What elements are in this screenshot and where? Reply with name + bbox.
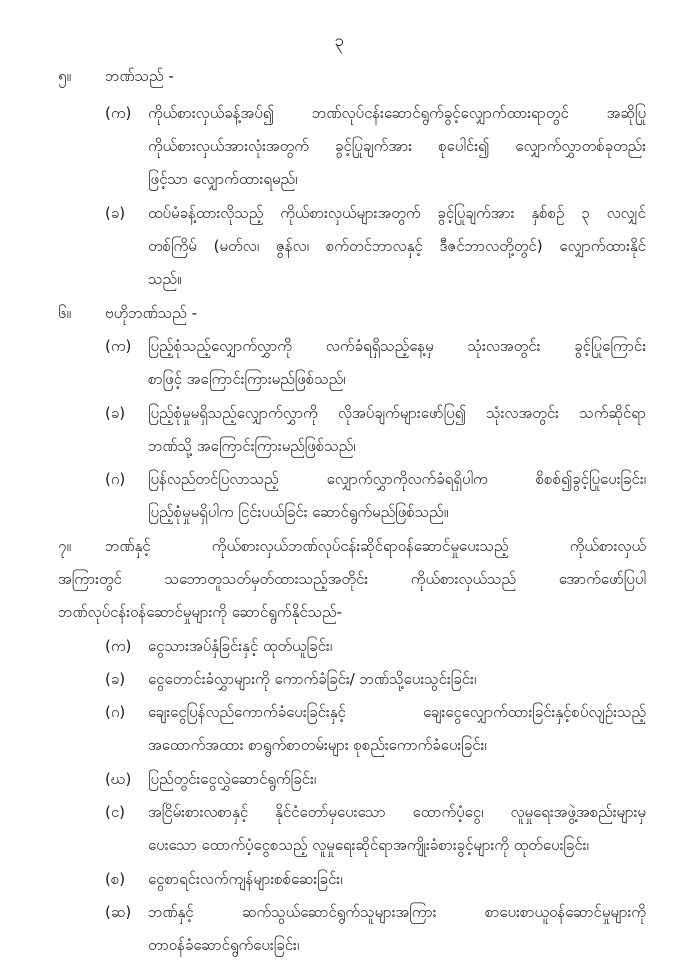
section-6-number: ၆။	[58, 303, 71, 323]
section-5-item-kha-label: (ခ)	[105, 203, 125, 223]
section-7-item-gha-label: (ဃ)	[105, 769, 131, 789]
section-5-item-ka-line-3: ဖြင့်သာ လျှောက်ထားရမည်၊	[148, 169, 646, 189]
section-7-item-hsa-line-2: တာဝန်ခံဆောင်ရွက်ပေးခြင်း၊	[148, 935, 646, 955]
section-6-item-ga-label: (ဂ)	[105, 469, 125, 489]
section-7-item-gha-line-1: ပြည်တွင်းငွေလွှဲဆောင်ရွက်ခြင်း၊	[148, 769, 646, 789]
section-7-item-sa-line-1: ငွေစာရင်းလက်ကျန်များစစ်ဆေးခြင်း၊	[148, 869, 646, 889]
section-7-item-nga-line-1: အငြိမ်းစားလစာနှင့် နိုင်ငံတော်မှပေးသော ထ…	[148, 802, 646, 822]
section-5-item-kha-line-1: ထပ်မံခန့်ထားလိုသည့် ကိုယ်စားလှယ်များအတွက…	[148, 203, 646, 223]
section-7-intro-line-2: အကြားတွင် သဘောတူသတ်မှတ်ထားသည့်အတိုင်း ကိ…	[58, 569, 646, 589]
section-7-item-ka-label: (က)	[105, 636, 131, 656]
section-5-item-kha-line-2: တစ်ကြိမ် (မတ်လ၊ ဇွန်လ၊ စက်တင်ဘာလနှင့် ဒီ…	[148, 236, 646, 256]
section-7-item-ga-label: (ဂ)	[105, 702, 125, 722]
section-6-item-ka-line-1: ပြည့်စုံသည့်လျှောက်လွှာကို လက်ခံရရှိသည့်…	[148, 336, 646, 356]
section-5-item-kha-line-3: သည်။	[148, 269, 646, 289]
section-7-item-ka-line-1: ငွေသားအပ်နှံခြင်းနှင့် ထုတ်ယူခြင်း၊	[148, 636, 646, 656]
section-6-item-kha-label: (ခ)	[105, 403, 125, 423]
section-7-item-ga-line-2: အထောက်အထား စာရွက်စာတမ်းများ စုစည်းကောက်ခ…	[148, 735, 646, 755]
section-6-item-kha-line-2: ဘဏ်သို့ အကြောင်းကြားမည်ဖြစ်သည်၊	[148, 436, 646, 456]
section-6-item-ka-label: (က)	[105, 336, 131, 356]
section-6-item-kha-line-1: ပြည့်စုံမှုမရှိသည့်လျှောက်လွှာကို လိုအပ်…	[148, 403, 646, 423]
section-6-item-ga-line-1: ပြန်လည်တင်ပြလာသည့် လျှောက်လွှာကိုလက်ခံရရ…	[148, 469, 646, 489]
section-5-title: ဘဏ်သည် -	[105, 66, 174, 86]
section-6-title: ဗဟိုဘဏ်သည် -	[105, 303, 197, 323]
section-5-item-ka-label: (က)	[105, 103, 131, 123]
section-6-item-ga-line-2: ပြည့်စုံမှုမရှိပါက ငြင်းပယ်ခြင်း ဆောင်ရွ…	[148, 502, 646, 522]
document-page: ၃ ၅။ ဘဏ်သည် - (က) ကိုယ်စားလှယ်ခန့်အပ်၍ ဘ…	[0, 0, 679, 960]
section-7-intro-line-1: ဘဏ်နှင့် ကိုယ်စားလှယ်ဘဏ်လုပ်ငန်းဆိုင်ရာဝ…	[105, 536, 646, 556]
section-7-item-nga-line-2: ပေးသော ထောက်ပံ့ငွေစသည့် လူမှုရေးဆိုင်ရာအ…	[148, 835, 646, 855]
section-5-item-ka-line-1: ကိုယ်စားလှယ်ခန့်အပ်၍ ဘဏ်လုပ်ငန်းဆောင်ရွက…	[148, 103, 646, 123]
section-7-item-kha-line-1: ငွေတောင်းခံလွှာများကို ကောက်ခံခြင်း/ ဘဏ်…	[148, 669, 646, 689]
section-7-item-hsa-line-1: ဘဏ်နှင့် ဆက်သွယ်ဆောင်ရွက်သူများအကြား စာပ…	[148, 902, 646, 922]
section-5-item-ka-line-2: ကိုယ်စားလှယ်အားလုံးအတွက် ခွင့်ပြုချက်အား…	[148, 136, 646, 156]
section-7-item-ga-line-1: ချေးငွေပြန်လည်ကောက်ခံပေးခြင်းနှင့် ချေးင…	[148, 702, 646, 722]
page-number: ၃	[0, 30, 679, 55]
section-7-intro-line-3: ဘဏ်လုပ်ငန်းဝန်ဆောင်မှုများကို ဆောင်ရွက်န…	[58, 602, 646, 622]
section-7-item-hsa-label: (ဆ)	[105, 902, 131, 922]
section-7-number: ၇။	[58, 536, 71, 556]
section-7-item-kha-label: (ခ)	[105, 669, 125, 689]
section-7-item-sa-label: (စ)	[105, 869, 125, 889]
section-6-item-ka-line-2: စာဖြင့် အကြောင်းကြားမည်ဖြစ်သည်၊	[148, 369, 646, 389]
section-7-item-nga-label: (င)	[105, 802, 125, 822]
section-5-number: ၅။	[58, 66, 71, 86]
